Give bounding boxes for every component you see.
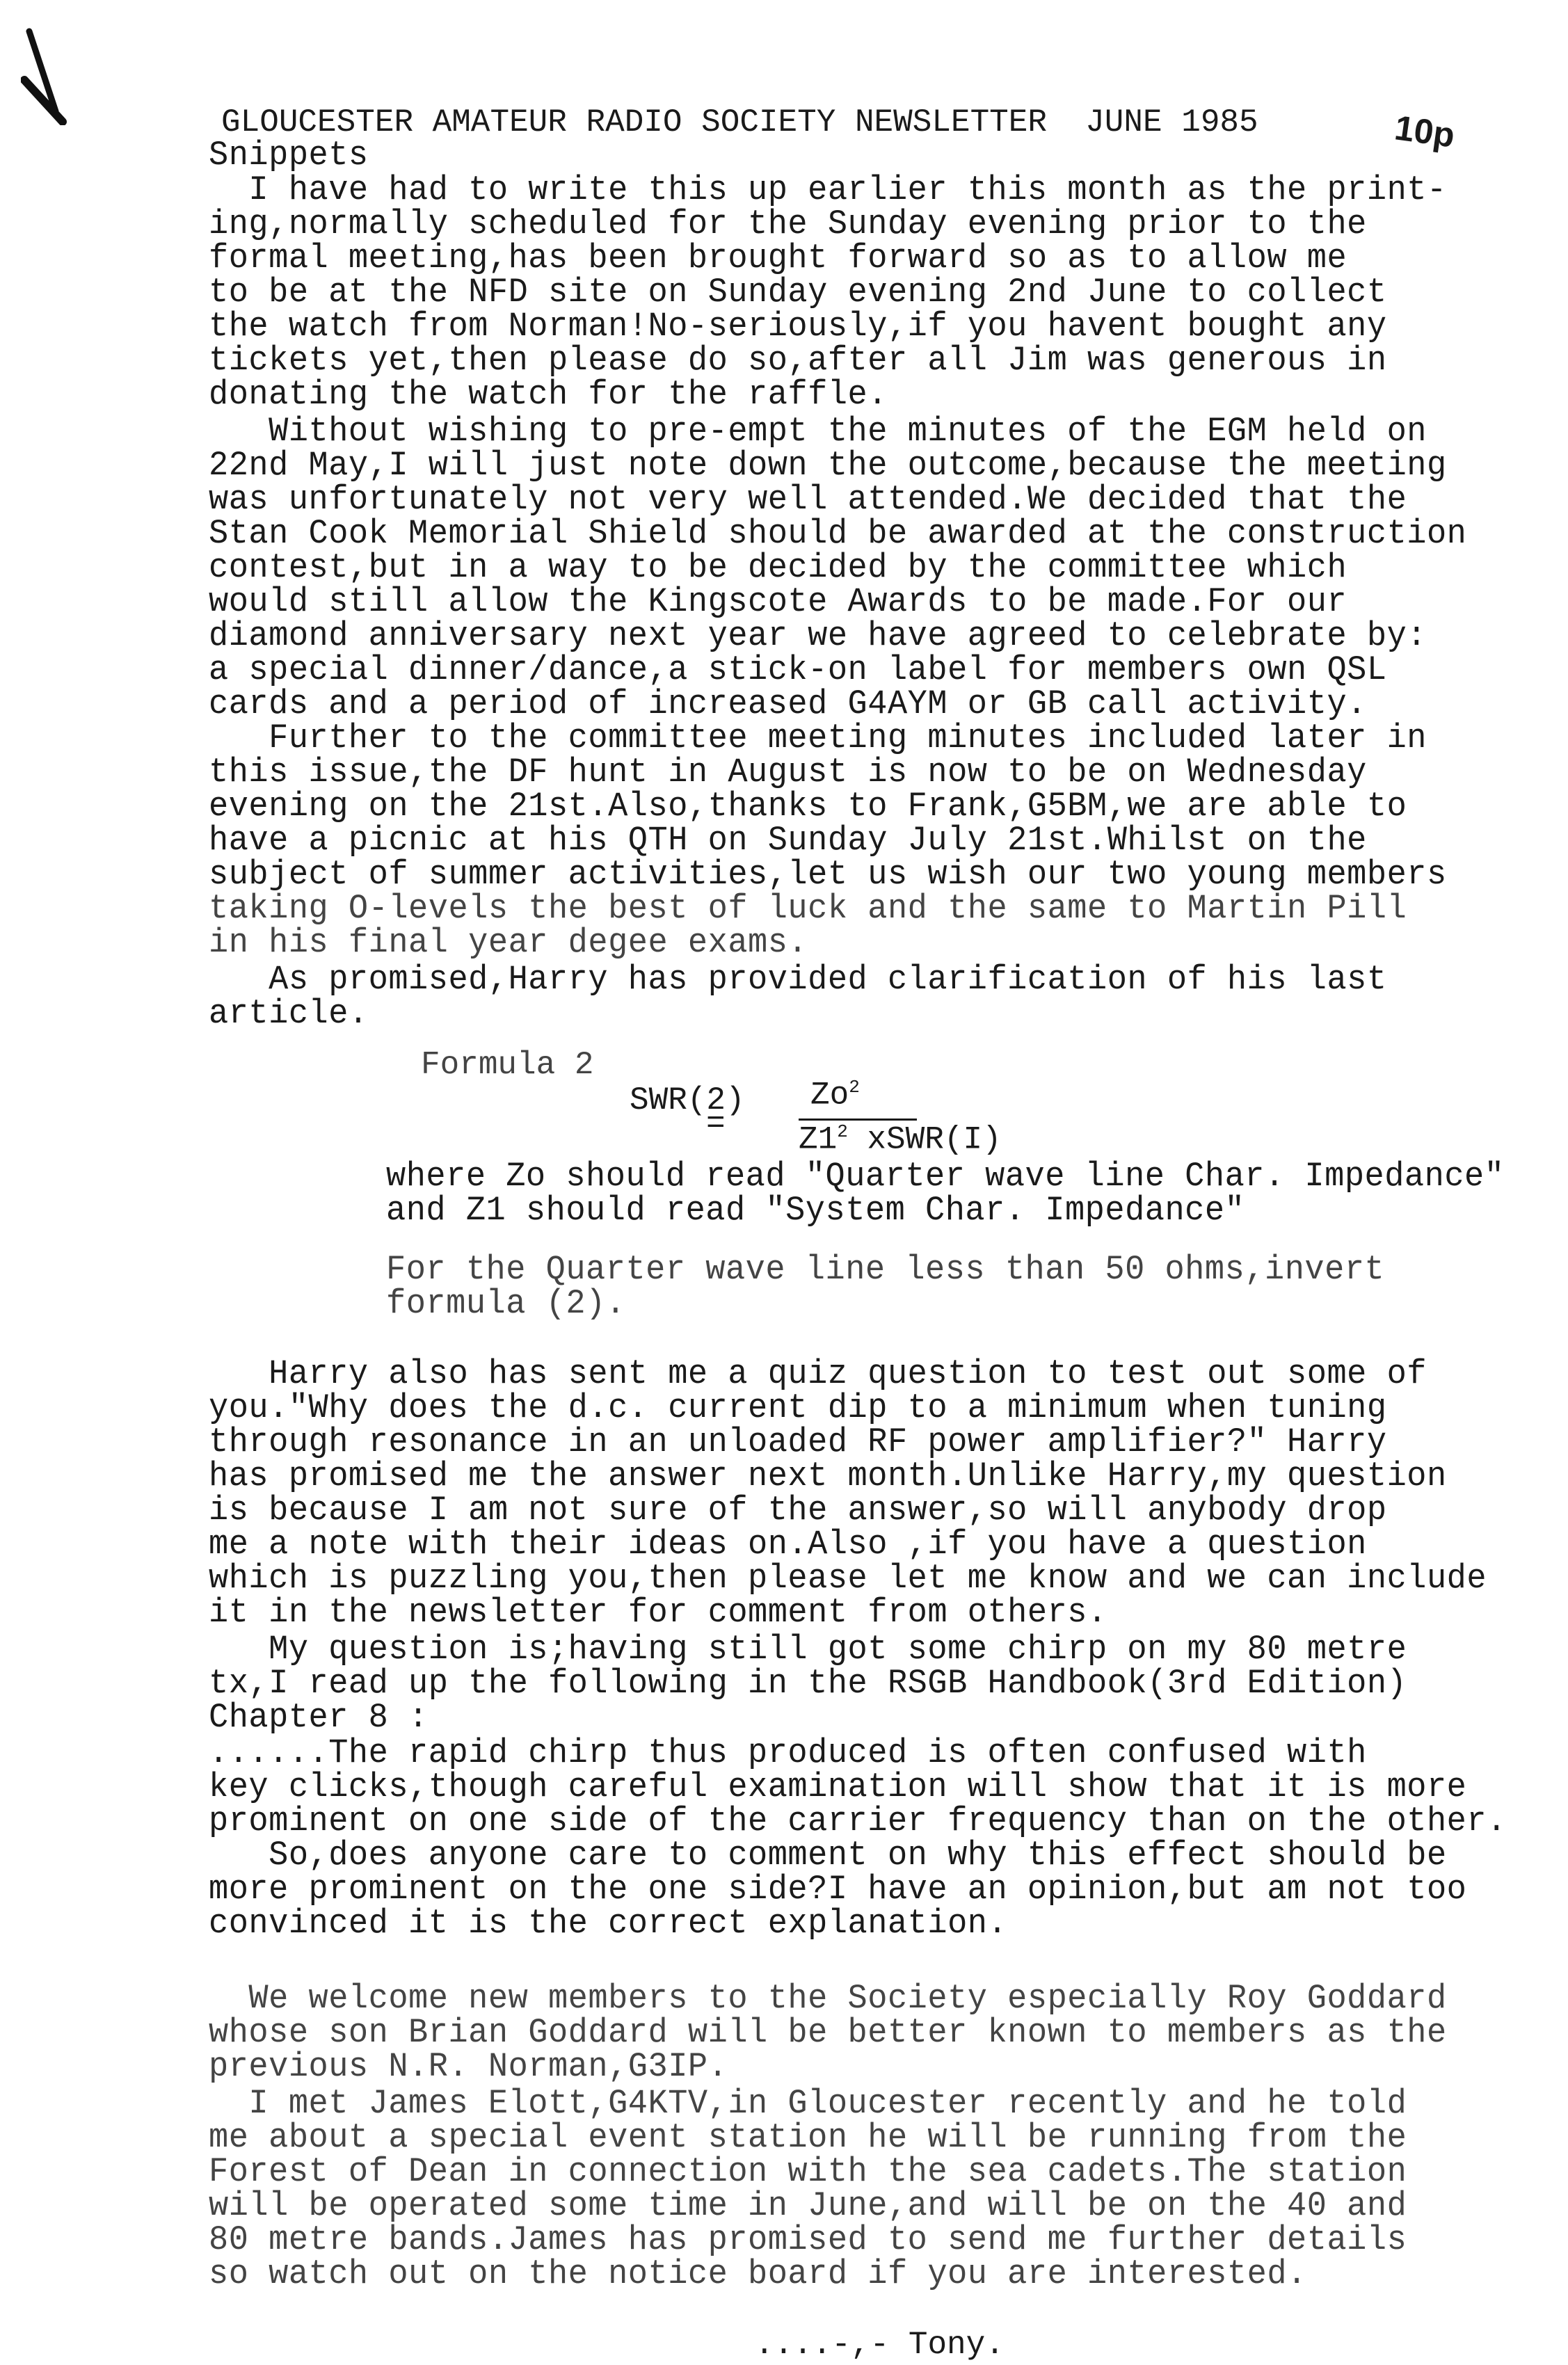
formula-label: Formula 2 [421, 1047, 593, 1083]
text-line: So,does anyone care to comment on why th… [209, 1838, 1447, 1873]
text-line: is because I am not sure of the answer,s… [209, 1493, 1387, 1528]
text-line: which is puzzling you,then please let me… [209, 1561, 1487, 1596]
text-line: will be operated some time in June,and w… [209, 2188, 1407, 2224]
text-line: 22nd May,I will just note down the outco… [209, 448, 1447, 483]
text-line: I have had to write this up earlier this… [209, 173, 1447, 208]
text-line: previous N.R. Norman,G3IP. [209, 2049, 728, 2085]
text-line: you."Why does the d.c. current dip to a … [209, 1390, 1387, 1426]
text-line: Forest of Dean in connection with the se… [209, 2154, 1407, 2190]
text-line: so watch out on the notice board if you … [209, 2256, 1307, 2292]
text-line: tx,I read up the following in the RSGB H… [209, 1666, 1407, 1701]
staple-mark-icon [21, 28, 97, 125]
text-line: donating the watch for the raffle. [209, 377, 888, 412]
numerator-exponent: 2 [849, 1077, 860, 1098]
text-line: key clicks,though careful examination wi… [209, 1770, 1466, 1805]
formula-note: For the Quarter wave line less than 50 o… [386, 1252, 1384, 1288]
text-line: cards and a period of increased G4AYM or… [209, 687, 1367, 722]
text-line: subject of summer activities,let us wish… [209, 857, 1447, 892]
text-line: prominent on one side of the carrier fre… [209, 1804, 1507, 1839]
text-line: taking O-levels the best of luck and the… [209, 891, 1407, 927]
text-line: this issue,the DF hunt in August is now … [209, 755, 1367, 790]
text-line: Further to the committee meeting minutes… [209, 721, 1427, 756]
signature: ....-,- Tony. [755, 2327, 1005, 2363]
denominator-text: Z1 [799, 1121, 837, 1157]
formula-equals: = [706, 1106, 726, 1142]
formula-numerator: Zo2 [810, 1077, 860, 1113]
text-line: more prominent on the one side?I have an… [209, 1872, 1466, 1907]
text-line: We welcome new members to the Society es… [209, 1981, 1447, 2017]
text-line: in his final year degee exams. [209, 925, 808, 961]
text-line: Chapter 8 : [209, 1700, 429, 1735]
formula-denominator: Z12 xSWR(I) [799, 1121, 1002, 1157]
text-line: whose son Brian Goddard will be better k… [209, 2015, 1447, 2051]
text-line: My question is;having still got some chi… [209, 1632, 1407, 1667]
text-line: the watch from Norman!No-seriously,if yo… [209, 309, 1387, 344]
text-line: has promised me the answer next month.Un… [209, 1459, 1447, 1494]
text-line: evening on the 21st.Also,thanks to Frank… [209, 789, 1407, 824]
text-line: Harry also has sent me a quiz question t… [209, 1356, 1427, 1392]
text-line: article. [209, 996, 369, 1032]
text-line: tickets yet,then please do so,after all … [209, 343, 1387, 378]
text-line: ......The rapid chirp thus produced is o… [209, 1735, 1367, 1771]
text-line: Without wishing to pre-empt the minutes … [209, 414, 1427, 449]
text-line: me a note with their ideas on.Also ,if y… [209, 1527, 1367, 1562]
text-line: have a picnic at his QTH on Sunday July … [209, 823, 1367, 858]
text-line: ing,normally scheduled for the Sunday ev… [209, 207, 1367, 242]
text-line: through resonance in an unloaded RF powe… [209, 1425, 1387, 1460]
price-mark: 10p [1392, 107, 1457, 155]
text-line: I met James Elott,G4KTV,in Gloucester re… [209, 2086, 1407, 2122]
denominator-rest: xSWR(I) [848, 1121, 1002, 1157]
formula-note: formula (2). [386, 1286, 625, 1322]
newsletter-page: GLOUCESTER AMATEUR RADIO SOCIETY NEWSLET… [0, 0, 1568, 2365]
formula-note: where Zo should read "Quarter wave line … [386, 1159, 1504, 1194]
formula-note: and Z1 should read "System Char. Impedan… [386, 1193, 1245, 1228]
text-line: As promised,Harry has provided clarifica… [209, 962, 1387, 997]
text-line: contest,but in a way to be decided by th… [209, 550, 1347, 586]
text-line: 80 metre bands.James has promised to sen… [209, 2222, 1407, 2258]
text-line: formal meeting,has been brought forward … [209, 241, 1347, 276]
denominator-exponent: 2 [837, 1121, 848, 1142]
text-line: Stan Cook Memorial Shield should be awar… [209, 516, 1466, 552]
text-line: to be at the NFD site on Sunday evening … [209, 275, 1387, 310]
text-line: diamond anniversary next year we have ag… [209, 618, 1427, 654]
newsletter-title: GLOUCESTER AMATEUR RADIO SOCIETY NEWSLET… [221, 104, 1258, 141]
text-line: it in the newsletter for comment from ot… [209, 1595, 1107, 1630]
text-line: a special dinner/dance,a stick-on label … [209, 652, 1387, 688]
text-line: was unfortunately not very well attended… [209, 482, 1407, 518]
text-line: convinced it is the correct explanation. [209, 1906, 1007, 1941]
numerator-text: Zo [810, 1077, 849, 1113]
formula-lhs: SWR(2) [630, 1082, 745, 1119]
text-line: me about a special event station he will… [209, 2120, 1407, 2156]
text-line: would still allow the Kingscote Awards t… [209, 584, 1347, 620]
fraction-bar [799, 1119, 917, 1121]
section-title: Snippets [209, 138, 369, 173]
